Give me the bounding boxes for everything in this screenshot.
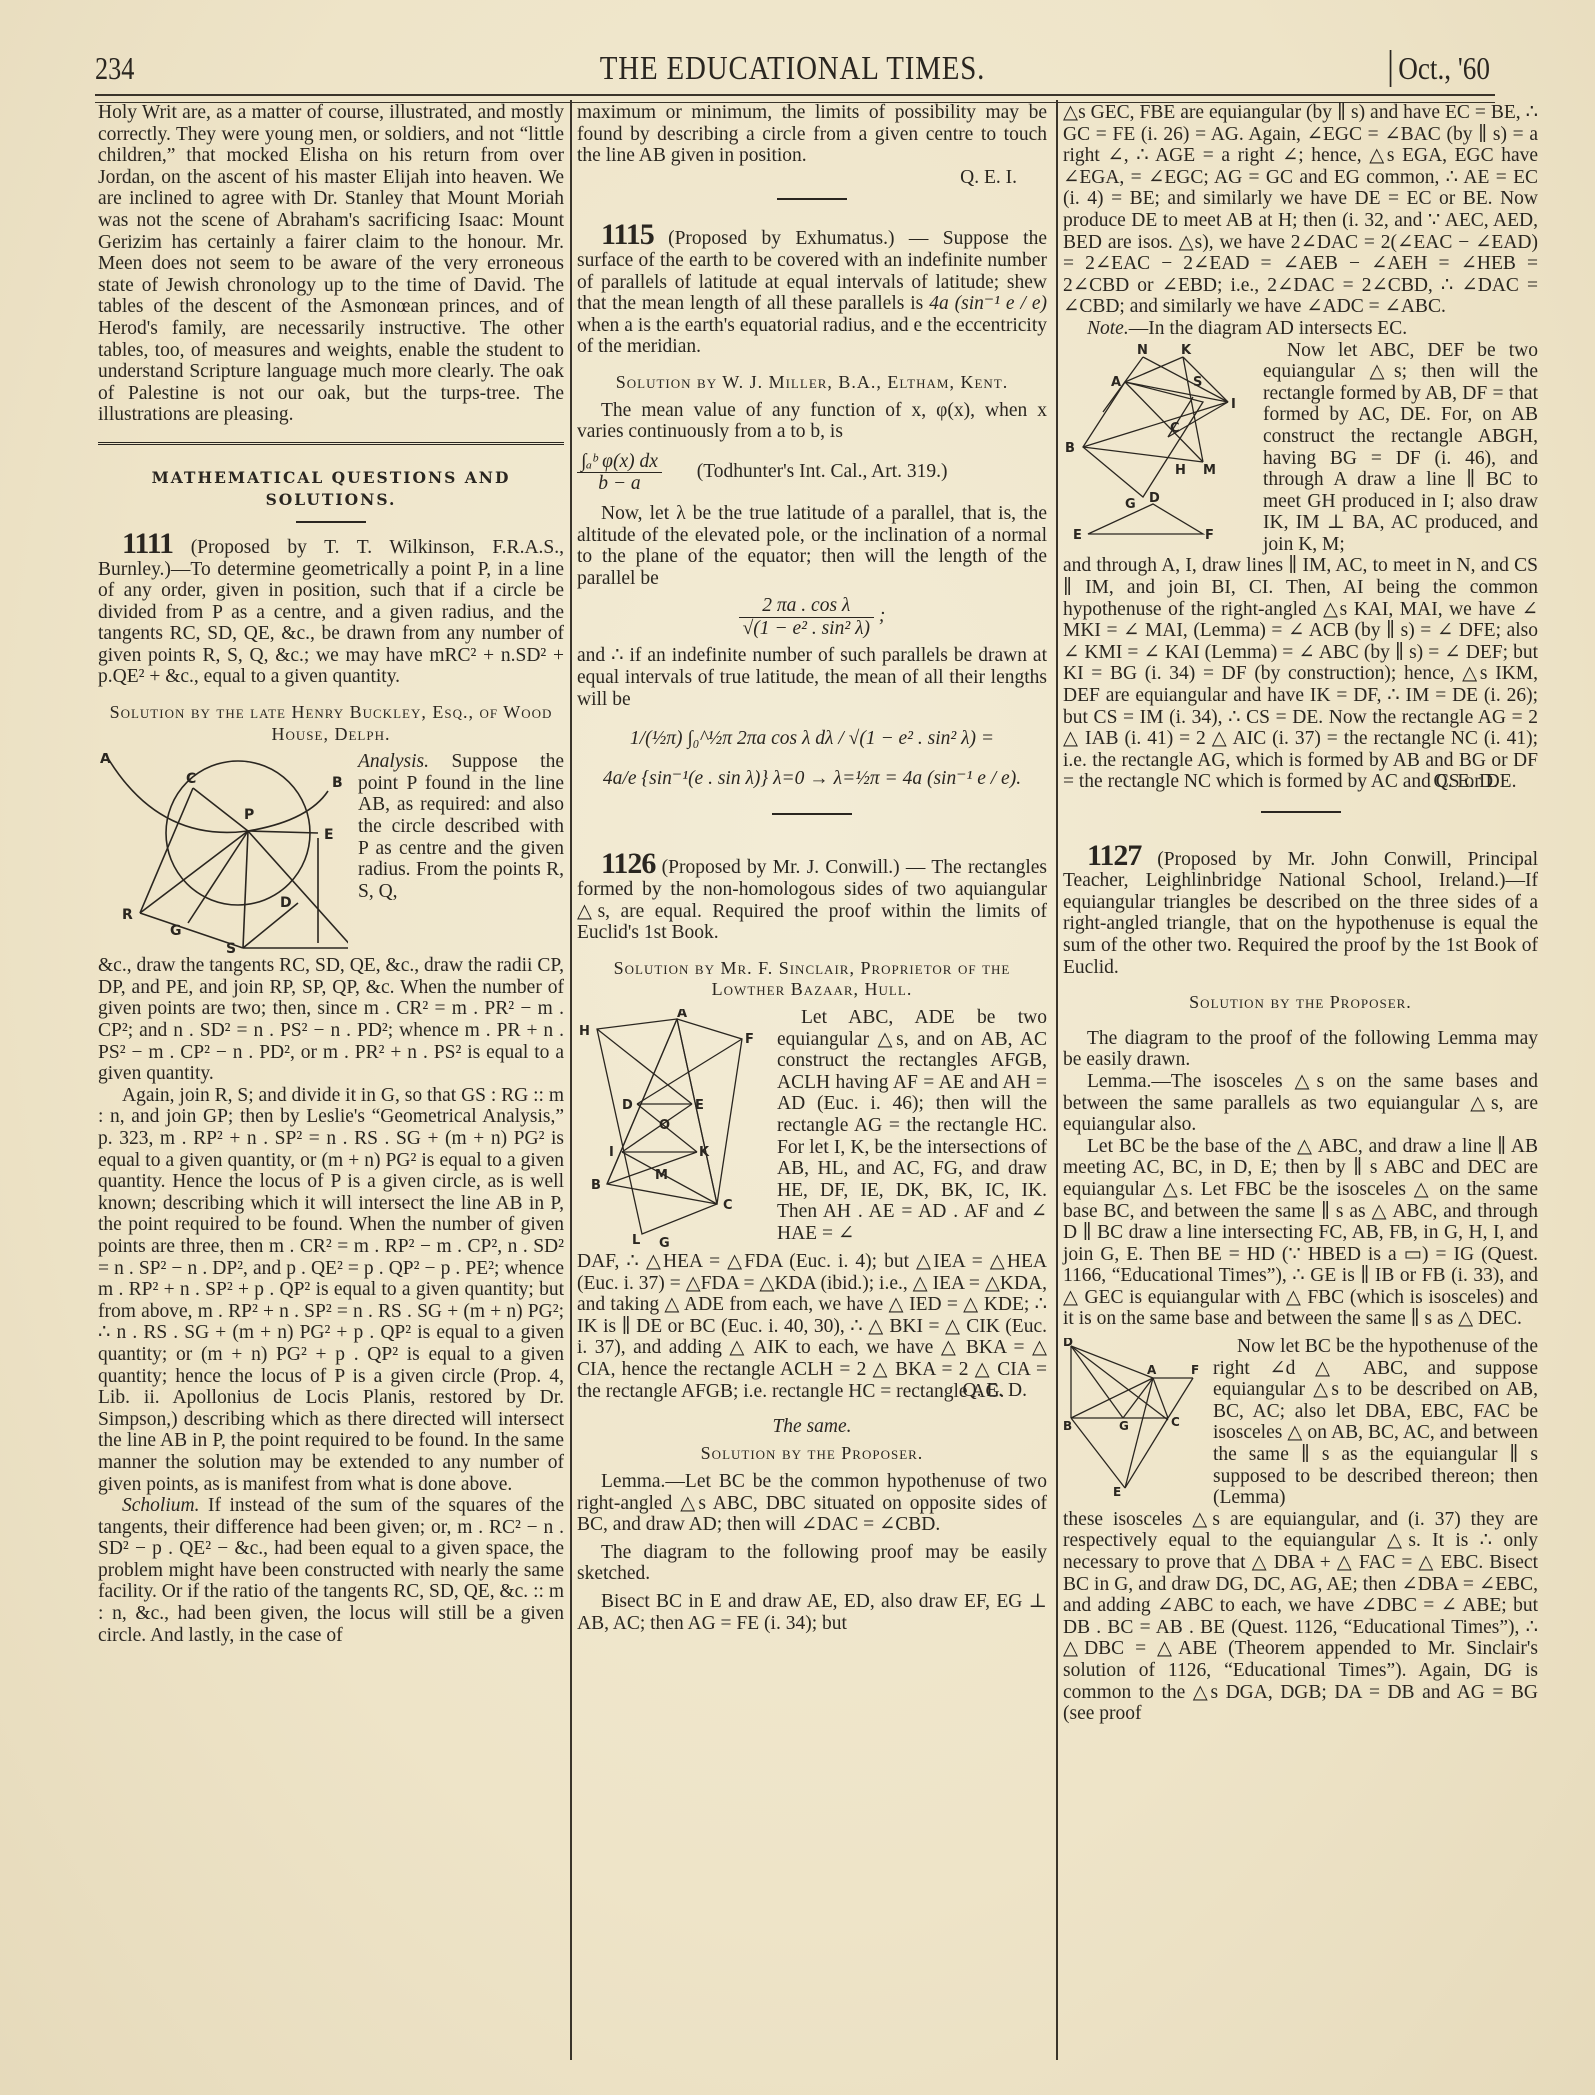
section-heading: MATHEMATICAL QUESTIONS AND SOLUTIONS. [98,467,564,511]
svg-text:E: E [695,1098,704,1113]
solver-credit: Solution by the Proposer. [577,1443,1047,1465]
solution-body-2: Now, let λ be the true latitude of a par… [577,503,1047,589]
review-paragraph: Holy Writ are, as a matter of course, il… [98,102,564,426]
svg-text:B: B [332,775,343,791]
short-rule [772,813,852,815]
column-2: maximum or minimum, the limits of possib… [577,102,1047,1634]
now-let-body: and through A, I, draw lines ∥ IM, AC, t… [1063,555,1538,793]
svg-text:O: O [659,1118,670,1133]
svg-text:E: E [1113,1485,1121,1498]
rectangles-diagram: A H F D E O I K M B C L G [577,1009,767,1249]
scholium-text: If instead of the sum of the squares of … [98,1495,564,1646]
svg-text:M: M [655,1168,668,1183]
lemma-paragraph: Lemma.—Let BC be the common hypothenuse … [577,1471,1047,1536]
solver-credit: Solution by the Proposer. [1063,992,1538,1014]
short-rule [1261,811,1341,813]
svg-text:E: E [1073,528,1082,542]
svg-text:D: D [1149,491,1160,506]
svg-text:G: G [659,1236,670,1249]
svg-text:B: B [1065,441,1075,456]
question-1115: 1115 (Proposed by Exhumatus.) — Suppose … [577,224,1047,358]
svg-text:C: C [186,771,196,787]
diagram-note: The diagram to the following proof may b… [577,1542,1047,1585]
continued-text: maximum or minimum, the limits of possib… [577,102,1047,167]
svg-text:C: C [1170,421,1180,436]
note-paragraph: Note.—In the diagram AD intersects EC. [1063,318,1538,340]
svg-text:E: E [324,827,334,843]
same-label: The same. [772,1416,851,1437]
svg-text:B: B [1063,1419,1072,1433]
svg-text:D: D [280,895,292,911]
question-formula: 4a (sin⁻¹ e / e) [929,293,1047,314]
bisect-paragraph: Bisect BC in E and draw AE, ED, also dra… [577,1591,1047,1634]
svg-text:H: H [1175,463,1186,478]
solver-credit: Solution by the late Henry Buckley, Esq.… [98,702,564,745]
svg-text:S: S [1193,375,1202,390]
reference: (Todhunter's Int. Cal., Art. 319.) [697,461,948,482]
svg-text:G: G [1125,497,1136,512]
question-text: (Proposed by T. T. Wilkinson, F.R.A.S., … [98,537,564,688]
analysis-label: Analysis. [358,751,429,772]
proposer-paragraph-2: Let BC be the base of the △ ABC, and dra… [1063,1136,1538,1330]
equiangular-triangles-diagram: N K A S I B C H M G D E F [1063,342,1253,542]
svg-text:I: I [609,1145,614,1160]
svg-text:C: C [723,1198,733,1213]
short-rule [296,521,366,523]
solution-body-1: &c., draw the tangents RC, SD, QE, &c., … [98,955,564,1085]
svg-text:D: D [622,1098,633,1113]
svg-text:A: A [1111,375,1121,390]
parallel-length-formula: 2 πa . cos λ√(1 − e² . sin² λ) ; [577,595,1047,639]
short-rule [777,198,847,200]
continued-proof: △s GEC, FBE are equiangular (by ∥ s) and… [1063,102,1538,318]
svg-text:S: S [226,941,236,953]
proposer-lemma: Lemma.—The isosceles △s on the same base… [1063,1071,1538,1136]
svg-text:I: I [1231,397,1236,412]
svg-text:M: M [1203,463,1216,478]
svg-text:G: G [170,923,182,939]
column-divider-2 [1056,100,1058,2060]
solution-body-2: Again, join R, S; and divide it in G, so… [98,1085,564,1495]
svg-text:A: A [677,1009,687,1021]
svg-text:N: N [1137,343,1148,358]
question-1111: 1111 (Proposed by T. T. Wilkinson, F.R.A… [98,533,564,688]
question-1126: 1126 (Proposed by Mr. J. Conwill.) — The… [577,853,1047,943]
svg-text:G: G [1119,1419,1129,1433]
question-number: 1111 [122,527,173,560]
scholium-label: Scholium. [122,1495,199,1516]
question-number: 1127 [1087,839,1141,872]
solution-body-1: The mean value of any function of x, φ(x… [577,400,1047,443]
section-rule [98,442,564,445]
proposer-paragraph-1: The diagram to the proof of the followin… [1063,1028,1538,1071]
question-number: 1115 [601,218,654,251]
issue-date: Oct., '60 [1390,50,1490,87]
scholium-paragraph: Scholium. If instead of the sum of the s… [98,1495,564,1646]
svg-text:C: C [1171,1415,1180,1429]
solution-body-3: and ∴ if an indefinite number of such pa… [577,645,1047,710]
column-3: △s GEC, FBE are equiangular (by ∥ s) and… [1063,102,1538,1725]
note-text: —In the diagram AD intersects EC. [1129,318,1407,339]
svg-text:A: A [1147,1363,1157,1377]
column-divider-1 [570,100,572,2060]
qei-mark: Q. E. I. [577,167,1047,189]
solver-credit: Solution by W. J. Miller, B.A., Eltham, … [577,372,1047,394]
svg-text:F: F [745,1032,754,1047]
svg-text:P: P [244,807,254,823]
mean-value-formula: ∫ₐᵇ φ(x) dxb − a (Todhunter's Int. Cal.,… [577,451,1047,495]
publication-title: THE EDUCATIONAL TIMES. [200,50,1386,88]
page-number: 234 [95,50,134,87]
svg-text:F: F [1191,1363,1199,1377]
question-number: 1126 [601,847,655,880]
alternate-solution-label: The same. [577,1416,1047,1438]
right-triangle-diagram: D A F B G C E [1063,1338,1203,1498]
hypothenuse-body: these isosceles △s are equiangular, and … [1063,1509,1538,1725]
svg-text:F: F [1205,528,1214,542]
note-label: Note. [1087,318,1129,339]
svg-text:D: D [1063,1338,1073,1349]
result-formula: 4a/e {sin⁻¹(e . sin λ)} λ=0 → λ=½π = 4a … [577,768,1047,790]
solver-credit: Solution by Mr. F. Sinclair, Proprietor … [577,958,1047,1001]
tangent-circle-diagram: A C B P E D R G S Q [98,753,348,953]
integral-formula: 1/(½π) ∫₀^½π 2πa cos λ dλ / √(1 − e² . s… [577,728,1047,750]
column-1: Holy Writ are, as a matter of course, il… [98,102,564,1646]
svg-text:K: K [1181,343,1192,358]
question-1127: 1127 (Proposed by Mr. John Conwill, Prin… [1063,845,1538,979]
masthead: 234 THE EDUCATIONAL TIMES. Oct., '60 [95,50,1490,90]
svg-text:K: K [699,1145,710,1160]
svg-text:A: A [100,753,111,767]
svg-text:B: B [591,1178,601,1193]
svg-text:L: L [632,1233,640,1248]
svg-text:H: H [579,1024,590,1039]
question-text-cont: when a is the earth's equatorial radius,… [577,315,1047,358]
analysis-text: Suppose the point P found in the line AB… [358,751,564,902]
svg-text:R: R [122,907,133,923]
